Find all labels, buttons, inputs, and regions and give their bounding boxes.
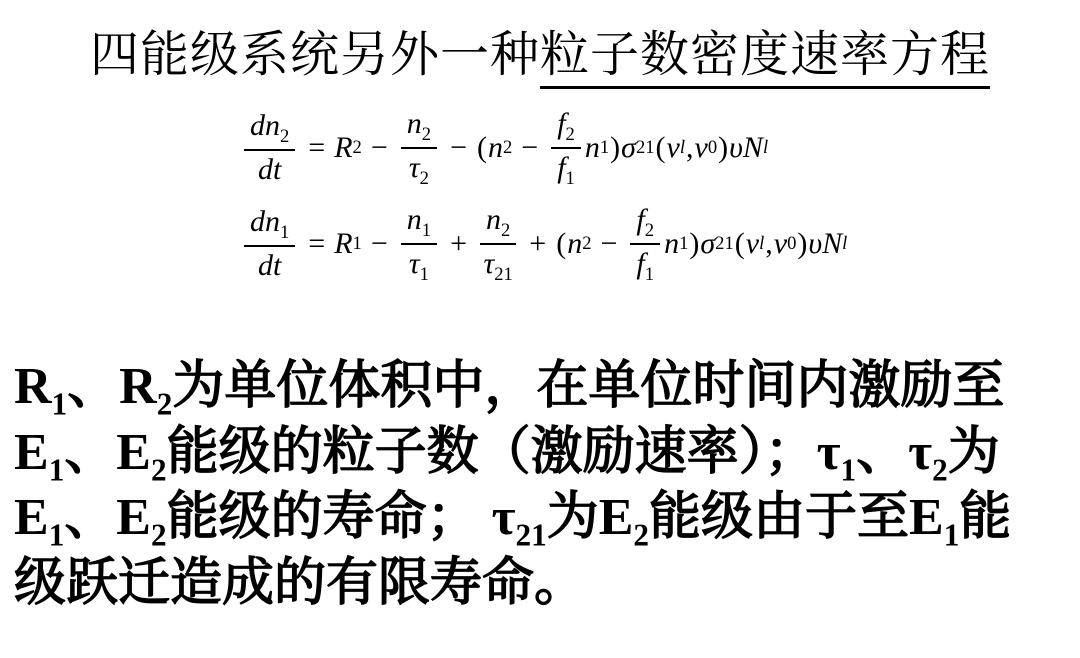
title-plain-text: 四能级系统另外一种	[90, 27, 540, 82]
fraction: f2f1	[630, 203, 660, 284]
fraction: n1τ1	[401, 203, 437, 284]
fraction: f2f1	[551, 107, 581, 188]
slide-title: 四能级系统另外一种粒子数密度速率方程	[0, 0, 1080, 86]
title-underlined-text: 粒子数密度速率方程	[540, 27, 990, 89]
slide-canvas: 四能级系统另外一种粒子数密度速率方程 dn2dt=R2−n2τ2−(n2−f2f…	[0, 0, 1080, 658]
equation-dn1-dt: dn1dt=R1−n1τ1+n2τ21+(n2−f2f1n1)σ21(νl,ν0…	[240, 196, 1080, 292]
definition-paragraph: R1、R2为单位体积中，在单位时间内激励至E1、E2能级的粒子数（激励速率）；τ…	[14, 354, 1080, 616]
fraction: dn1dt	[244, 205, 295, 283]
equation-dn2-dt: dn2dt=R2−n2τ2−(n2−f2f1n1)σ21(νl,ν0)υNl	[240, 100, 1080, 196]
fraction: dn2dt	[244, 109, 295, 187]
fraction: n2τ2	[401, 107, 437, 188]
rate-equations-block: dn2dt=R2−n2τ2−(n2−f2f1n1)σ21(νl,ν0)υNl d…	[240, 100, 1080, 292]
paragraph-line: E1、E2能级的寿命； τ21为E2能级由于至E1能	[14, 485, 1080, 551]
fraction: n2τ21	[480, 203, 516, 284]
paragraph-line: 级跃迁造成的有限寿命。	[14, 551, 1080, 616]
paragraph-line: R1、R2为单位体积中，在单位时间内激励至	[14, 354, 1080, 420]
paragraph-line: E1、E2能级的粒子数（激励速率）；τ1、τ2为	[14, 420, 1080, 486]
